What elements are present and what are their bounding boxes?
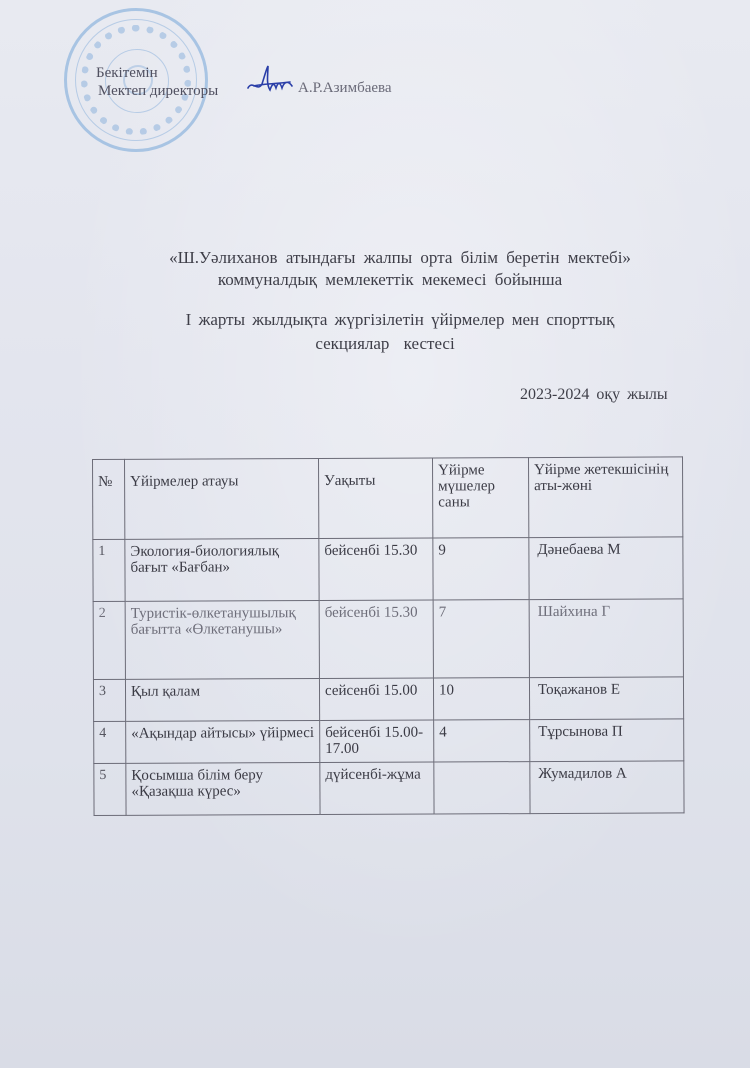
- club-name: Туристік-өлкетанушылық бағытта «Өлкетану…: [125, 601, 319, 680]
- column-header-club-name: Үйірмелер атауы: [125, 459, 319, 540]
- table-row: 4 «Ақындар айтысы» үйірмесі бейсенбі 15.…: [94, 719, 684, 764]
- clubs-schedule-table: № Үйірмелер атауы Уақыты Үйірме мүшелер …: [92, 456, 685, 816]
- title-line-3: І жарты жылдықта жүргізілетін үйірмелер …: [90, 310, 710, 330]
- club-members: 4: [434, 720, 530, 762]
- club-members: [434, 762, 530, 814]
- academic-year: 2023-2024 оқу жылы: [520, 386, 668, 404]
- signature-icon: [244, 64, 296, 98]
- club-time: сейсенбі 15.00: [319, 678, 433, 720]
- table-row: 5 Қосымша білім беру «Қазақша күрес» дүй…: [94, 761, 684, 816]
- club-leader: Шайхина Г: [529, 599, 683, 678]
- row-number: 1: [93, 539, 125, 601]
- title-line-1: «Ш.Уәлиханов атындағы жалпы орта білім б…: [110, 248, 690, 268]
- club-members: 7: [433, 600, 529, 678]
- column-header-number: №: [93, 459, 125, 539]
- row-number: 3: [93, 679, 125, 721]
- club-time: бейсенбі 15.30: [319, 538, 433, 600]
- column-header-leader-name: Үйірме жетекшісінің аты-жөні: [528, 457, 682, 538]
- club-name: Экология-биологиялық бағыт «Бағбан»: [125, 539, 319, 602]
- club-name: Қыл қалам: [125, 679, 319, 722]
- column-header-members-count: Үйірме мүшелер саны: [432, 458, 528, 538]
- table-row: 3 Қыл қалам сейсенбі 15.00 10 Тоқажанов …: [93, 677, 683, 722]
- row-number: 4: [94, 721, 126, 763]
- table-row: 1 Экология-биологиялық бағыт «Бағбан» бе…: [93, 537, 683, 602]
- table-row: 2 Туристік-өлкетанушылық бағытта «Өлкета…: [93, 599, 683, 680]
- club-time: дүйсенбі-жұма: [320, 762, 434, 814]
- director-name: А.Р.Азимбаева: [298, 80, 392, 97]
- row-number: 2: [93, 601, 125, 679]
- approval-block: Бекітемін Мектеп директоры: [96, 64, 218, 100]
- approved-label: Бекітемін: [96, 65, 158, 81]
- column-header-time: Уақыты: [319, 458, 433, 538]
- table-header-row: № Үйірмелер атауы Уақыты Үйірме мүшелер …: [93, 457, 683, 540]
- title-line-4: секциялар кестесі: [90, 334, 680, 354]
- club-time: бейсенбі 15.30: [319, 600, 433, 678]
- club-name: Қосымша білім беру «Қазақша күрес»: [126, 763, 320, 816]
- club-members: 9: [433, 538, 529, 600]
- club-time: бейсенбі 15.00-17.00: [320, 720, 434, 762]
- club-leader: Тұрсынова П: [530, 719, 684, 762]
- club-leader: Жумадилов А: [530, 761, 684, 814]
- director-label: Мектеп директоры: [98, 82, 218, 100]
- title-line-2: коммуналдық мемлекеттік мекемесі бойынша: [90, 270, 690, 290]
- club-leader: Тоқажанов Е: [529, 677, 683, 720]
- row-number: 5: [94, 763, 126, 815]
- club-members: 10: [433, 678, 529, 720]
- club-leader: Дәнебаева М: [529, 537, 683, 600]
- club-name: «Ақындар айтысы» үйірмесі: [126, 721, 320, 764]
